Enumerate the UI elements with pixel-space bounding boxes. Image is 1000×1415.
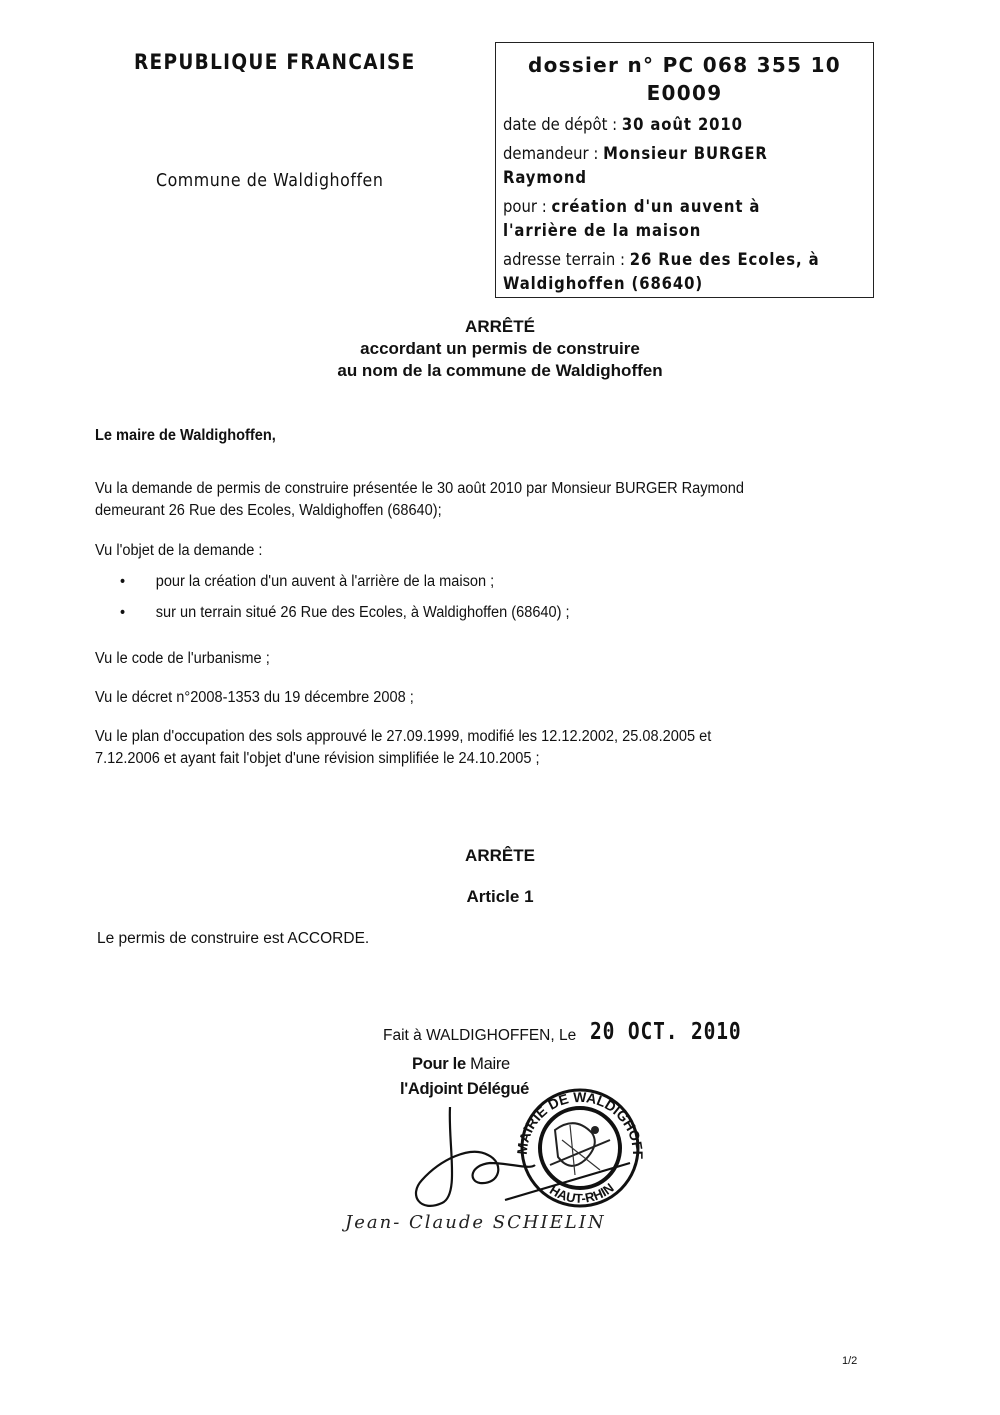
- bullet-icon: •: [120, 602, 156, 624]
- recital-application-line2: demeurant 26 Rue des Ecoles, Waldighoffe…: [95, 500, 875, 522]
- for-mayor-bold: Pour le: [412, 1055, 466, 1073]
- deposit-date-label: date de dépôt :: [503, 115, 622, 134]
- decree-subtitle-1: accordant un permis de construire: [0, 338, 1000, 360]
- article-heading: Article 1: [0, 887, 1000, 907]
- recital-urban-code: Vu le code de l'urbanisme ;: [95, 648, 875, 670]
- recital-decree: Vu le décret n°2008-1353 du 19 décembre …: [95, 687, 875, 709]
- dossier-box: dossier n° PC 068 355 10 E0009 date de d…: [495, 42, 874, 298]
- recital-application-line1: Vu la demande de permis de construire pr…: [95, 478, 875, 500]
- mayor-line: Le maire de Waldighoffen,: [95, 425, 875, 447]
- list-item-text: pour la création d'un auvent à l'arrière…: [156, 571, 494, 593]
- seal-icon: MAIRIE DE WALDIGHOFFEN HAUT-RHIN: [330, 1085, 646, 1206]
- republic-title: REPUBLIQUE FRANCAISE: [134, 50, 416, 74]
- decree-heading: ARRÊTÉ accordant un permis de construire…: [0, 316, 1000, 382]
- deposit-date: date de dépôt : 30 août 2010: [503, 113, 868, 137]
- recital-application: Vu la demande de permis de construire pr…: [95, 478, 875, 522]
- recital-land-plan-line2: 7.12.2006 et ayant fait l'objet d'une ré…: [95, 748, 875, 770]
- applicant-value-2: Raymond: [503, 168, 587, 187]
- purpose-value-2: l'arrière de la maison: [503, 221, 701, 240]
- decision-heading: ARRÊTE: [0, 846, 1000, 866]
- recital-object: Vu l'objet de la demande :: [95, 540, 875, 562]
- for-mayor-light: Maire: [466, 1055, 510, 1073]
- applicant-value-1: Monsieur BURGER: [603, 144, 768, 163]
- recital-land-plan-line1: Vu le plan d'occupation des sols approuv…: [95, 726, 875, 748]
- applicant: demandeur : Monsieur BURGER Raymond: [503, 142, 868, 190]
- for-mayor-line: Pour le Maire: [412, 1055, 510, 1074]
- decree-title: ARRÊTÉ: [0, 316, 1000, 338]
- purpose: pour : création d'un auvent à l'arrière …: [503, 195, 868, 243]
- purpose-label: pour :: [503, 197, 551, 216]
- land-address-label: adresse terrain :: [503, 250, 630, 269]
- applicant-label: demandeur :: [503, 144, 603, 163]
- land-address-value-2: Waldighoffen (68640): [503, 274, 703, 293]
- land-address-value-1: 26 Rue des Ecoles, à: [630, 250, 820, 269]
- decree-subtitle-2: au nom de la commune de Waldighoffen: [0, 360, 1000, 382]
- dossier-number-line2: E0009: [496, 79, 873, 107]
- place-date-line: Fait à WALDIGHOFFEN, Le: [383, 1027, 576, 1045]
- page-number: 1/2: [842, 1355, 857, 1367]
- svg-text:MAIRIE DE WALDIGHOFFEN: MAIRIE DE WALDIGHOFFEN: [330, 1085, 646, 1160]
- deposit-date-value: 30 août 2010: [622, 115, 743, 134]
- commune-name: Commune de Waldighoffen: [156, 170, 383, 191]
- dossier-number-line1: dossier n° PC 068 355 10: [496, 51, 873, 79]
- dossier-number: dossier n° PC 068 355 10 E0009: [496, 51, 873, 107]
- list-item-text: sur un terrain situé 26 Rue des Ecoles, …: [156, 602, 570, 624]
- land-address: adresse terrain : 26 Rue des Ecoles, à W…: [503, 248, 868, 296]
- list-item: •pour la création d'un auvent à l'arrièr…: [120, 571, 570, 593]
- date-stamp: 20 OCT. 2010: [590, 1019, 741, 1045]
- object-list: •pour la création d'un auvent à l'arrièr…: [120, 571, 570, 633]
- list-item: •sur un terrain situé 26 Rue des Ecoles,…: [120, 602, 570, 624]
- purpose-value-1: création d'un auvent à: [551, 197, 760, 216]
- recital-land-plan: Vu le plan d'occupation des sols approuv…: [95, 726, 875, 770]
- decision-text: Le permis de construire est ACCORDE.: [97, 930, 369, 948]
- signer-name: Jean- Claude SCHIELIN: [345, 1212, 606, 1233]
- bullet-icon: •: [120, 571, 156, 593]
